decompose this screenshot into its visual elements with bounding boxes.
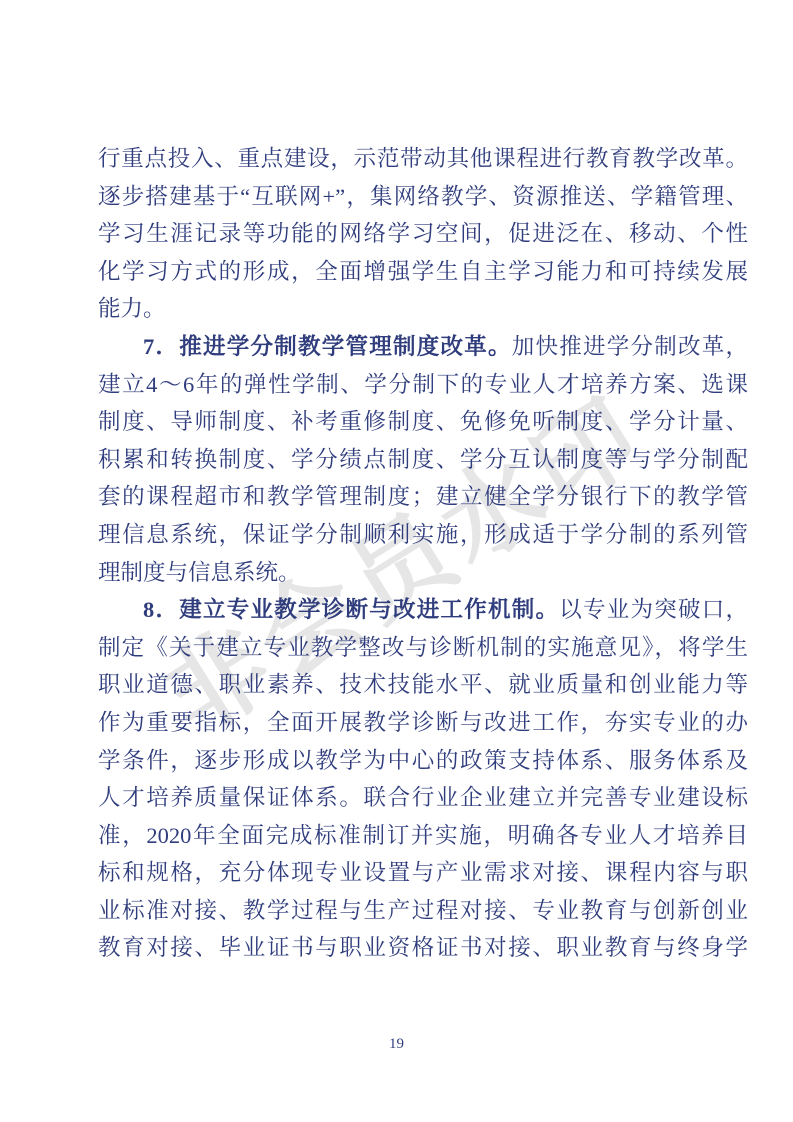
heading-bold-text: 8．建立专业教学诊断与改进工作机制。 [143,597,559,622]
text-line: 理信息系统，保证学分制顺利实施，形成适于学分制的系列管 [98,516,748,554]
text-line: 作为重要指标，全面开展教学诊断与改进工作，夯实专业的办 [98,704,748,742]
text-line: 业标准对接、教学过程与生产过程对接、专业教育与创新创业 [98,892,748,930]
text-line: 7．推进学分制教学管理制度改革。加快推进学分制改革， [98,328,748,366]
text-line: 职业道德、职业素养、技术技能水平、就业质量和创业能力等 [98,666,748,704]
heading-bold-text: 7．推进学分制教学管理制度改革。 [143,334,512,359]
text-line: 制定《关于建立专业教学整改与诊断机制的实施意见》，将学生 [98,629,748,667]
document-text-block: 行重点投入、重点建设，示范带动其他课程进行教育教学改革。逐步搭建基于“互联网+”… [98,140,748,967]
text-line: 建立4～6年的弹性学制、学分制下的专业人才培养方案、选课 [98,366,748,404]
text-line: 制度、导师制度、补考重修制度、免修免听制度、学分计量、 [98,403,748,441]
text-line: 逐步搭建基于“互联网+”，集网络教学、资源推送、学籍管理、 [98,178,748,216]
text-line: 积累和转换制度、学分绩点制度、学分互认制度等与学分制配 [98,441,748,479]
text-line: 理制度与信息系统。 [98,554,748,592]
text-line: 学习生涯记录等功能的网络学习空间，促进泛在、移动、个性 [98,215,748,253]
text-line: 学条件，逐步形成以教学为中心的政策支持体系、服务体系及 [98,742,748,780]
text-line: 教育对接、毕业证书与职业资格证书对接、职业教育与终身学 [98,929,748,967]
text-line: 人才培养质量保证体系。联合行业企业建立并完善专业建设标 [98,779,748,817]
text-line: 行重点投入、重点建设，示范带动其他课程进行教育教学改革。 [98,140,748,178]
text-line: 套的课程超市和教学管理制度；建立健全学分银行下的教学管 [98,478,748,516]
text-line: 能力。 [98,290,748,328]
text-line: 准，2020年全面完成标准制订并实施，明确各专业人才培养目 [98,817,748,855]
text-line: 化学习方式的形成，全面增强学生自主学习能力和可持续发展 [98,253,748,291]
text-line: 8．建立专业教学诊断与改进工作机制。以专业为突破口， [98,591,748,629]
page-number: 19 [0,1036,793,1053]
text-line: 标和规格，充分体现专业设置与产业需求对接、课程内容与职 [98,854,748,892]
document-page: 非会员水印 行重点投入、重点建设，示范带动其他课程进行教育教学改革。逐步搭建基于… [0,0,793,1122]
